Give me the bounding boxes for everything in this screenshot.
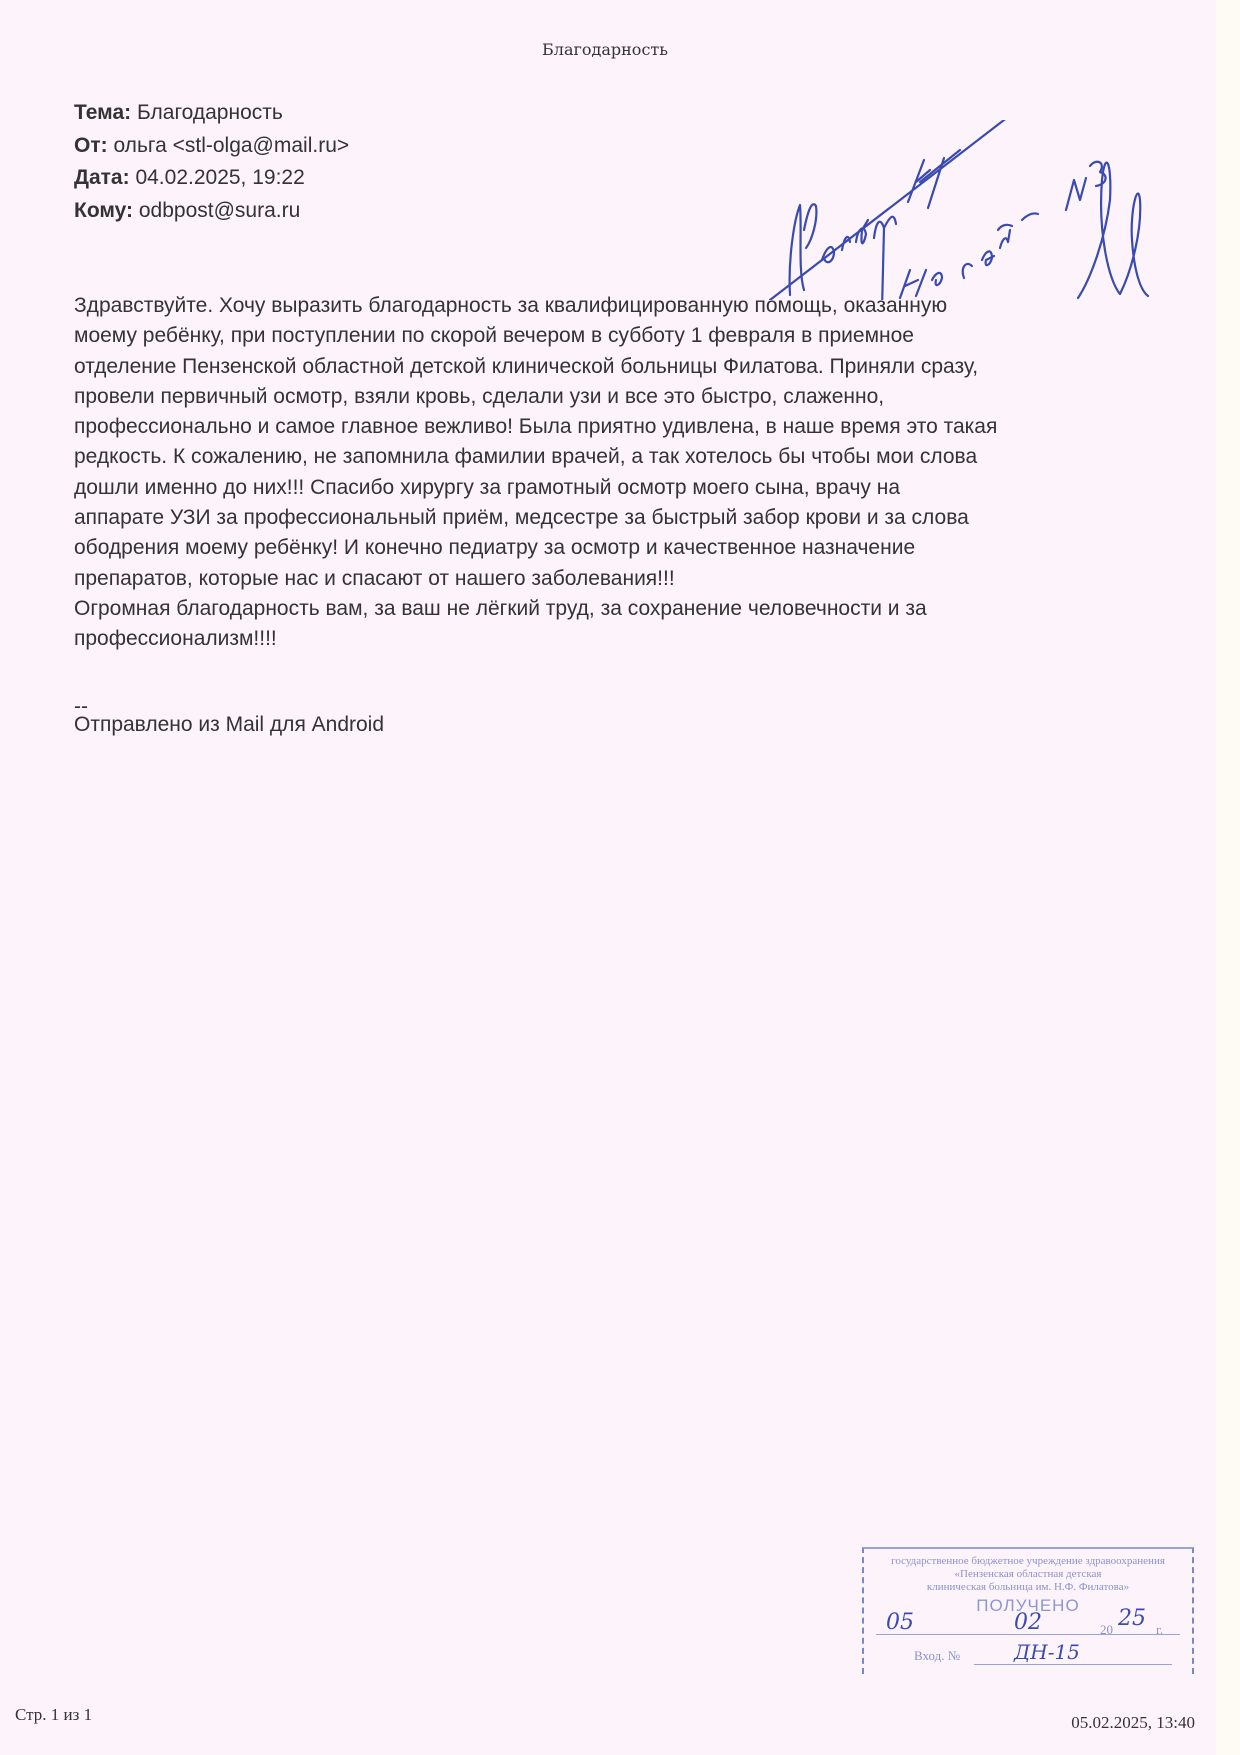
to-value: odbpost@sura.ru — [139, 199, 300, 222]
date-value: 04.02.2025, 19:22 — [135, 166, 304, 189]
date-label: Дата: — [74, 166, 130, 189]
stamp-incoming-row: Вход. № ДН-15 — [864, 1644, 1192, 1668]
handwritten-resolution-icon — [760, 120, 1160, 300]
subject-label: Тема: — [74, 101, 131, 124]
print-timestamp: 05.02.2025, 13:40 — [1071, 1713, 1195, 1733]
print-header-title: Благодарность — [0, 40, 1210, 59]
page-number: Стр. 1 из 1 — [15, 1705, 92, 1725]
subject-row: Тема: Благодарность — [74, 97, 349, 130]
stamp-year-prefix: 20 — [1100, 1622, 1113, 1638]
from-value: ольга <stl-olga@mail.ru> — [113, 134, 349, 157]
stamp-incoming-label: Вход. № — [914, 1648, 960, 1664]
to-row: Кому: odbpost@sura.ru — [74, 195, 349, 228]
email-body: Здравствуйте. Хочу выразить благодарност… — [74, 291, 1134, 655]
scanned-page-edge — [1216, 0, 1240, 1755]
from-label: От: — [74, 134, 108, 157]
email-headers: Тема: Благодарность От: ольга <stl-olga@… — [74, 97, 349, 227]
from-row: От: ольга <stl-olga@mail.ru> — [74, 130, 349, 163]
stamp-day: 05 — [886, 1610, 914, 1635]
stamp-incoming-underline — [974, 1664, 1172, 1665]
received-stamp: государственное бюджетное учреждение здр… — [862, 1547, 1194, 1674]
date-row: Дата: 04.02.2025, 19:22 — [74, 162, 349, 195]
stamp-organization: государственное бюджетное учреждение здр… — [864, 1555, 1192, 1594]
stamp-org-line-3: клиническая больница им. Н.Ф. Филатова» — [864, 1581, 1192, 1594]
stamp-year-unit: г. — [1156, 1622, 1163, 1638]
stamp-org-line-2: «Пензенская областная детская — [864, 1568, 1192, 1581]
subject-value: Благодарность — [137, 101, 283, 124]
stamp-incoming-number: ДН-15 — [1014, 1640, 1080, 1664]
stamp-org-line-1: государственное бюджетное учреждение здр… — [864, 1555, 1192, 1568]
to-label: Кому: — [74, 199, 133, 222]
stamp-month: 02 — [1014, 1610, 1042, 1635]
stamp-year-suffix: 25 — [1118, 1606, 1146, 1631]
sent-from-line: Отправлено из Mail для Android — [74, 713, 384, 737]
